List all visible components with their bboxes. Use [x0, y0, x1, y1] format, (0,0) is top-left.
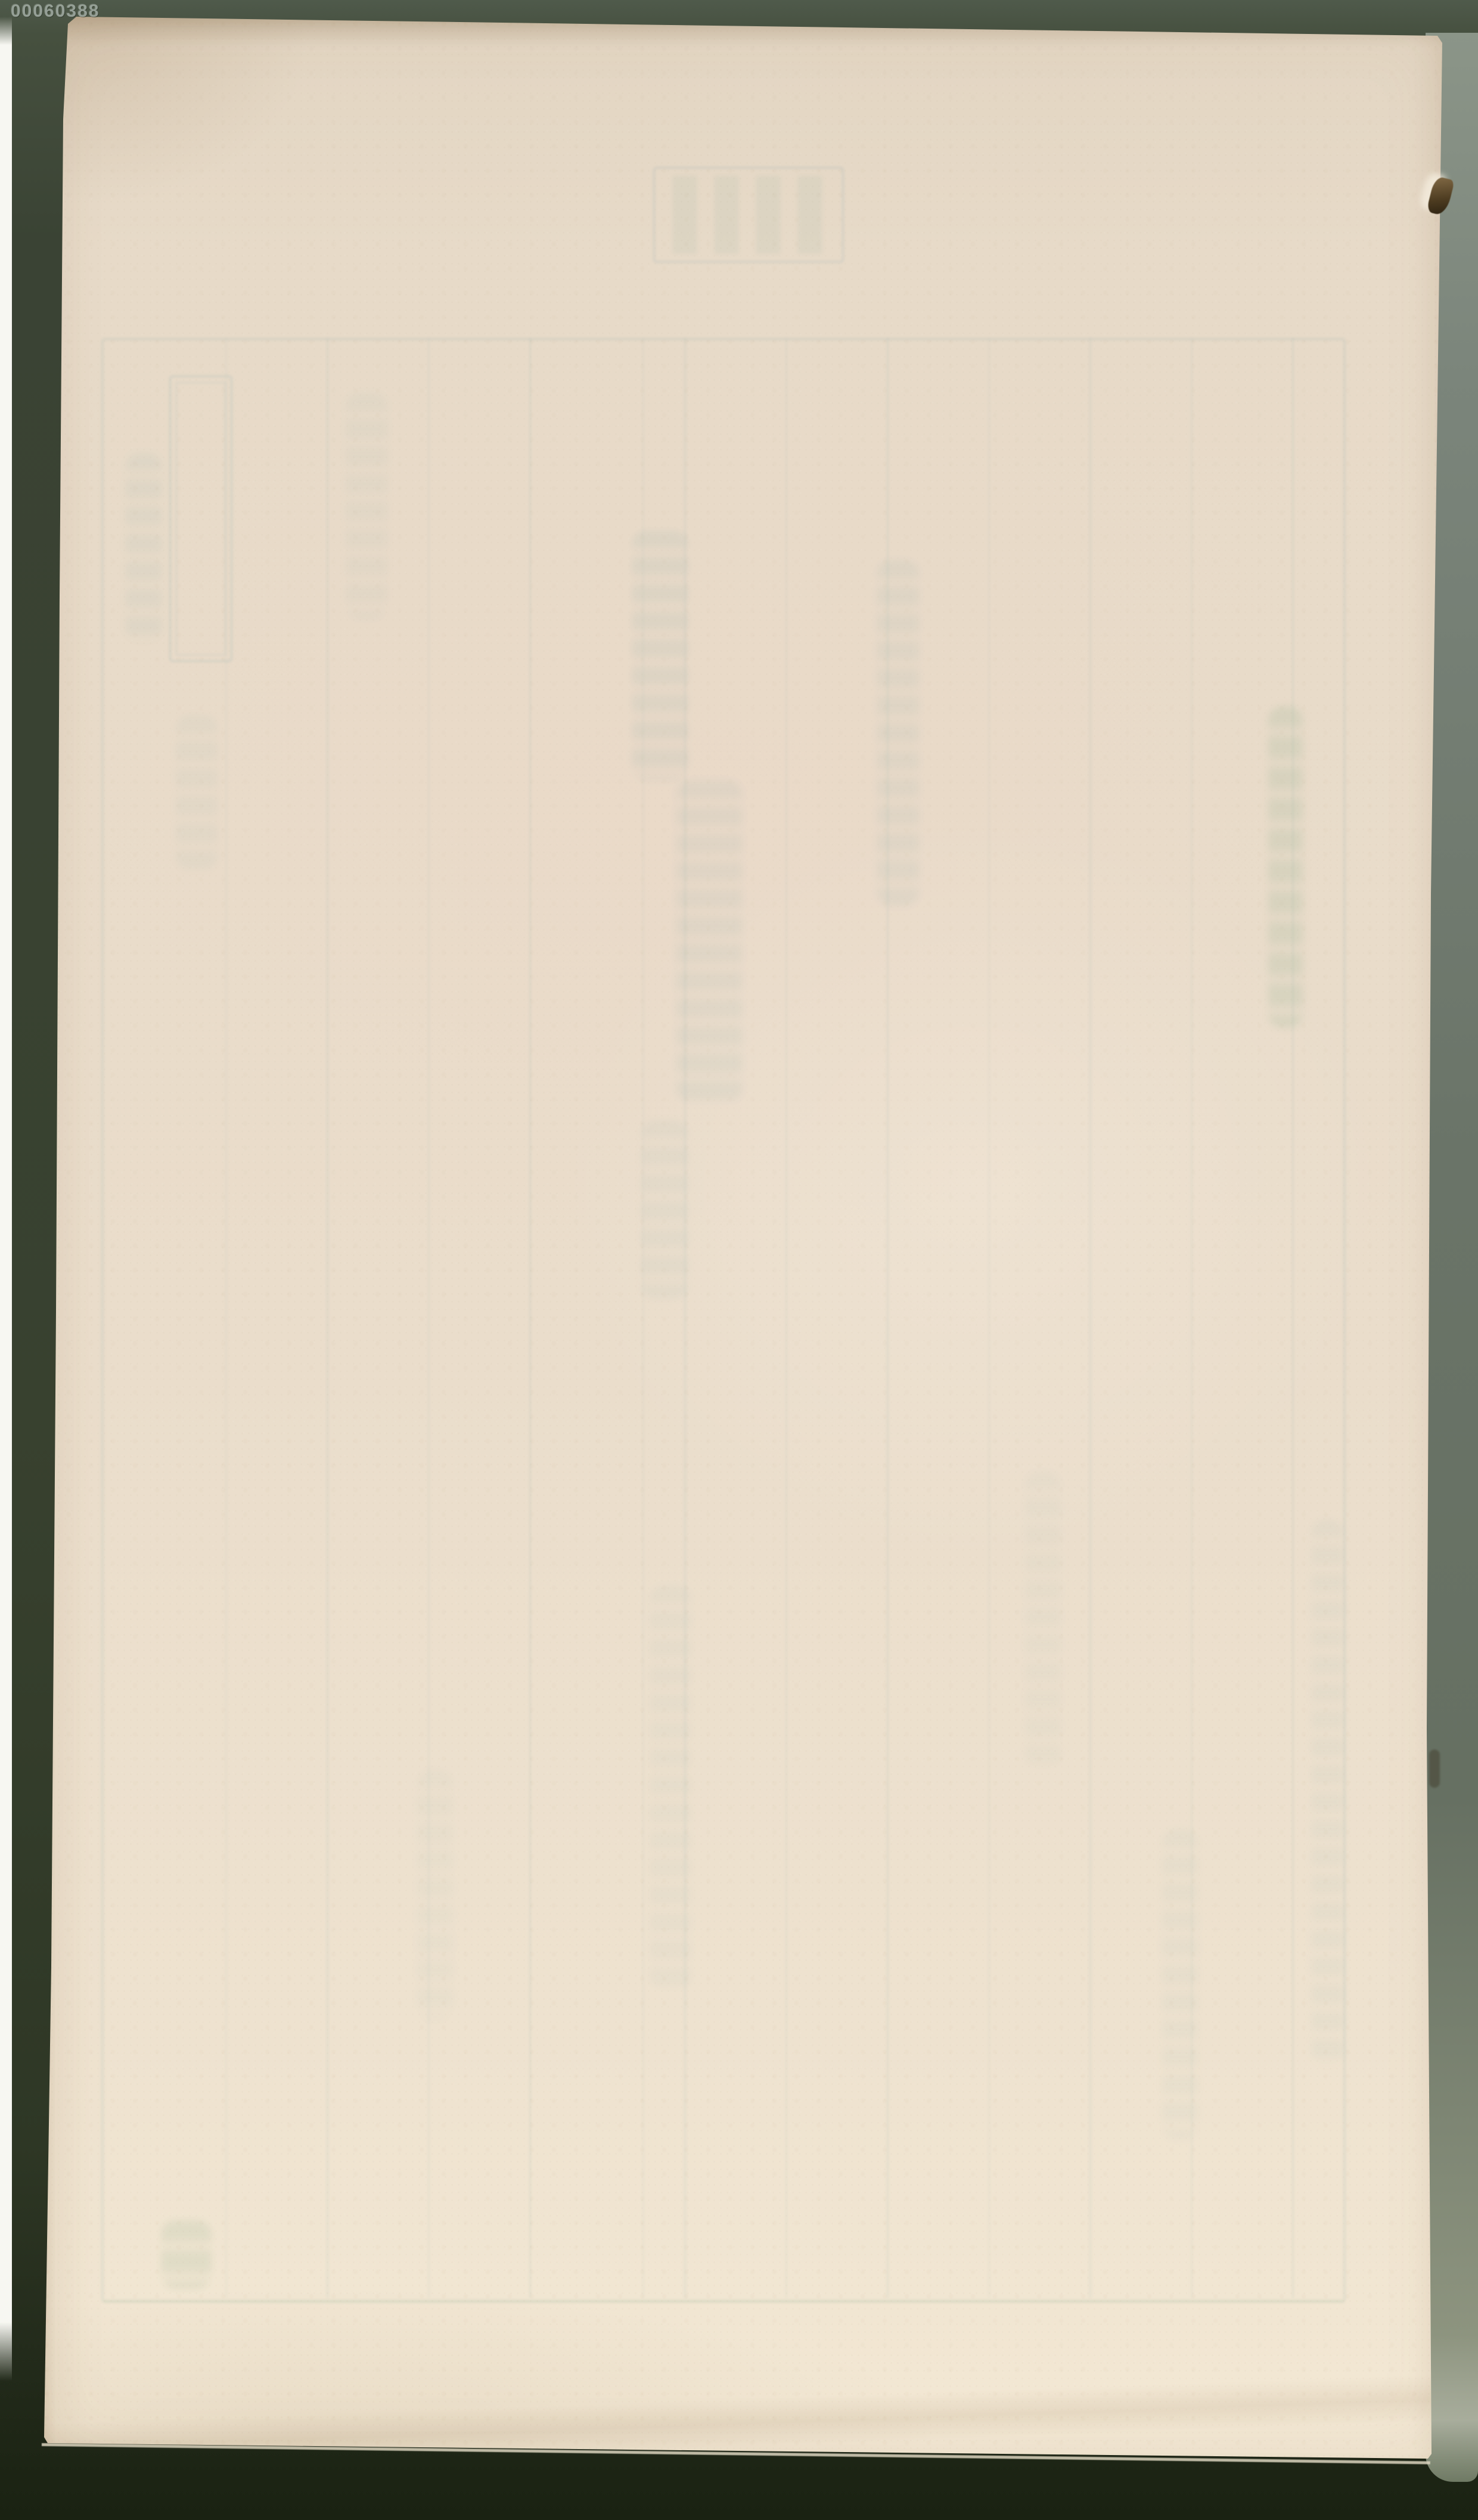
showthrough-frame	[101, 338, 1346, 2303]
showthrough-ink-smudge	[676, 781, 742, 1102]
scanned-book-photograph: 00060388	[0, 0, 1478, 2520]
showthrough-column-line	[785, 338, 787, 2298]
showthrough-ink-smudge	[125, 453, 162, 644]
showthrough-ink-smudge	[176, 715, 218, 870]
showthrough-column-line	[988, 338, 990, 2298]
showthrough-ink-smudge	[1162, 1829, 1198, 2139]
showthrough-ink-smudge	[1025, 1472, 1061, 1770]
scan-id-label: 00060388	[11, 1, 100, 21]
showthrough-ink-smudge	[877, 560, 919, 906]
showthrough-ink-smudge	[346, 393, 387, 620]
showthrough-column-line	[1292, 338, 1294, 2298]
showthrough-column-line	[327, 338, 328, 2298]
showthrough-ink-smudge	[417, 1770, 453, 2020]
showthrough-column-line	[1089, 338, 1091, 2298]
showthrough-ink-smudge	[641, 1120, 688, 1299]
scanner-mat-edge	[0, 17, 12, 2381]
showthrough-ink-smudge	[650, 1585, 691, 1990]
showthrough-ink-smudge	[1268, 706, 1303, 1028]
showthrough-ink-smudge	[632, 530, 688, 781]
showthrough-cartouche	[169, 375, 232, 662]
showthrough-ink-smudge	[161, 2220, 212, 2289]
blank-verso-page	[36, 12, 1454, 2464]
showthrough-ink-smudge	[1311, 1520, 1344, 2068]
showthrough-column-line	[529, 338, 531, 2298]
edge-stain-spot	[1429, 1750, 1440, 1788]
showthrough-column-line	[225, 338, 227, 2298]
showthrough-seal	[653, 167, 844, 263]
